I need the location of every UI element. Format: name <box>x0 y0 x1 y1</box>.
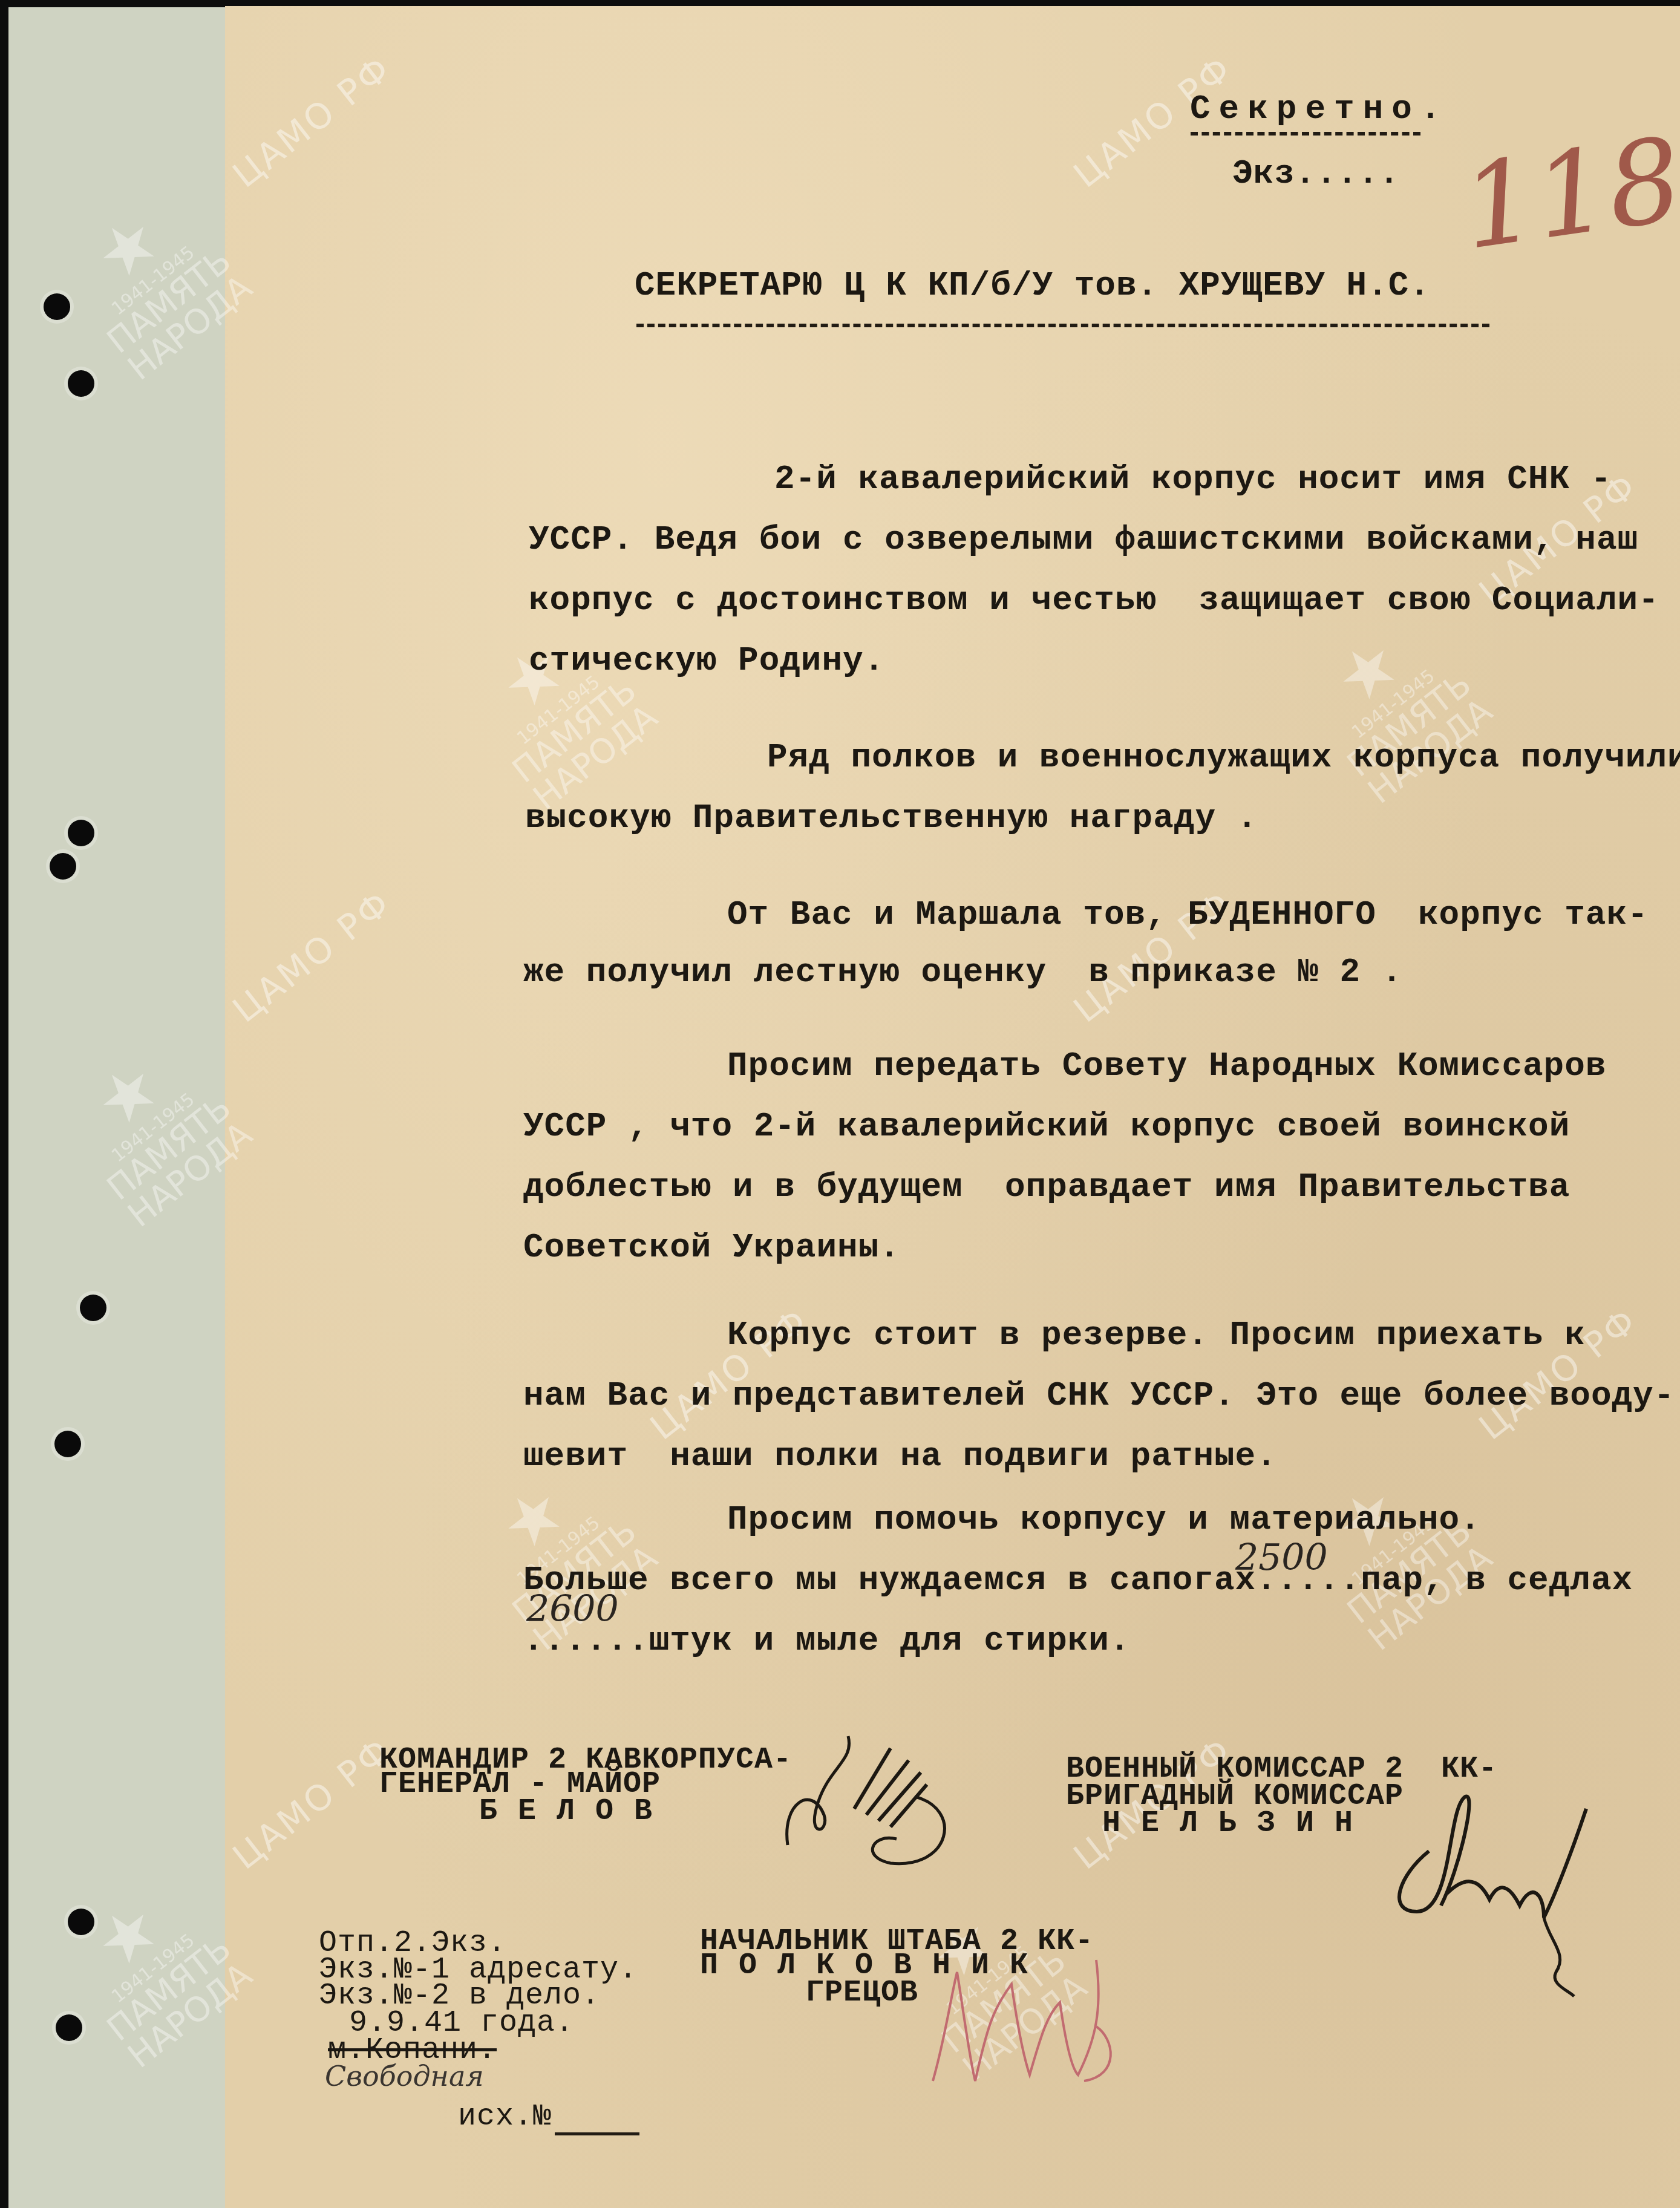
body-line: Просим передать Совету Народных Комиссар… <box>727 1047 1606 1085</box>
binder-hole <box>56 2014 82 2041</box>
body-line: УССР , что 2-й кавалерийский корпус свое… <box>523 1107 1570 1146</box>
addressee-underline <box>636 324 1489 327</box>
body-line: шевит наши полки на подвиги ратные. <box>523 1437 1277 1475</box>
body-line: Корпус стоит в резерве. Просим приехать … <box>727 1316 1586 1354</box>
body-line: высокую Правительственную награду . <box>525 799 1258 837</box>
body-line: УССР. Ведя бои с озверелыми фашистскими … <box>529 520 1638 559</box>
chief-of-staff-name: ГРЕЦОВ <box>806 1978 918 2008</box>
archive-watermark: ЦАМО РФ <box>225 47 399 196</box>
body-line: Больше всего мы нуждаемся в сапогах.....… <box>523 1561 1633 1599</box>
binder-hole <box>44 293 70 320</box>
body-line: 2-й кавалерийский корпус носит имя СНК - <box>774 460 1612 498</box>
commander-signature <box>770 1712 963 1869</box>
binder-hole <box>68 820 94 846</box>
place-handwritten: Свободная <box>325 2060 484 2092</box>
archive-watermark: ЦАМО РФ <box>225 1729 399 1878</box>
sheet-number: 118 <box>1454 113 1680 275</box>
binder-hole <box>80 1295 106 1321</box>
body-line: корпус с достоинством и честью защищает … <box>529 581 1659 619</box>
body-line: Просим помочь корпусу и материально. <box>727 1500 1481 1539</box>
project-watermark: ★ 1941-1945 ПАМЯТЬ НАРОДА <box>1290 600 1499 810</box>
addressee-heading: СЕКРЕТАРЮ Ц К КП/б/У тов. ХРУЩЕВУ Н.С. <box>635 266 1430 305</box>
classification-mark: Секретно. <box>1190 90 1449 128</box>
body-line: Советской Украины. <box>523 1228 900 1267</box>
commander-name: БЕЛОВ <box>479 1797 673 1827</box>
body-line: нам Вас и представителей СНК УССР. Это е… <box>523 1376 1675 1415</box>
outgoing-number-blank <box>555 2132 639 2135</box>
document-page: ЦАМО РФ ЦАМО РФ ЦАМО РФ ЦАМО РФ ЦАМО РФ … <box>225 6 1680 2208</box>
body-line: же получил лестную оценку в приказе № 2 … <box>523 953 1402 991</box>
classification-underline <box>1191 132 1420 136</box>
outgoing-number-label: исх.№ <box>458 2102 552 2132</box>
body-line: стическую Родину. <box>529 641 884 680</box>
handwritten-boots-quantity: 2500 <box>1235 1537 1328 1579</box>
handwritten-saddles-quantity: 2600 <box>526 1588 619 1630</box>
chief-of-staff-signature <box>927 1936 1126 2093</box>
commissar-signature <box>1374 1772 1616 2002</box>
archive-watermark: ЦАМО РФ <box>225 882 399 1031</box>
commissar-name: НЕЛЬЗИН <box>1102 1809 1373 1839</box>
body-line: От Вас и Маршала тов, БУДЕННОГО корпус т… <box>727 895 1649 934</box>
copy-number-line: Экз..... <box>1232 154 1400 193</box>
body-line: Ряд полков и военнослужащих корпуса полу… <box>767 738 1680 777</box>
body-line: доблестью и в будущем оправдает имя Прав… <box>523 1168 1570 1206</box>
binder-hole <box>68 370 94 397</box>
binder-hole <box>50 853 76 880</box>
project-watermark: ★ 1941-1945 ПАМЯТЬ НАРОДА <box>455 606 664 816</box>
binder-hole <box>54 1431 81 1457</box>
